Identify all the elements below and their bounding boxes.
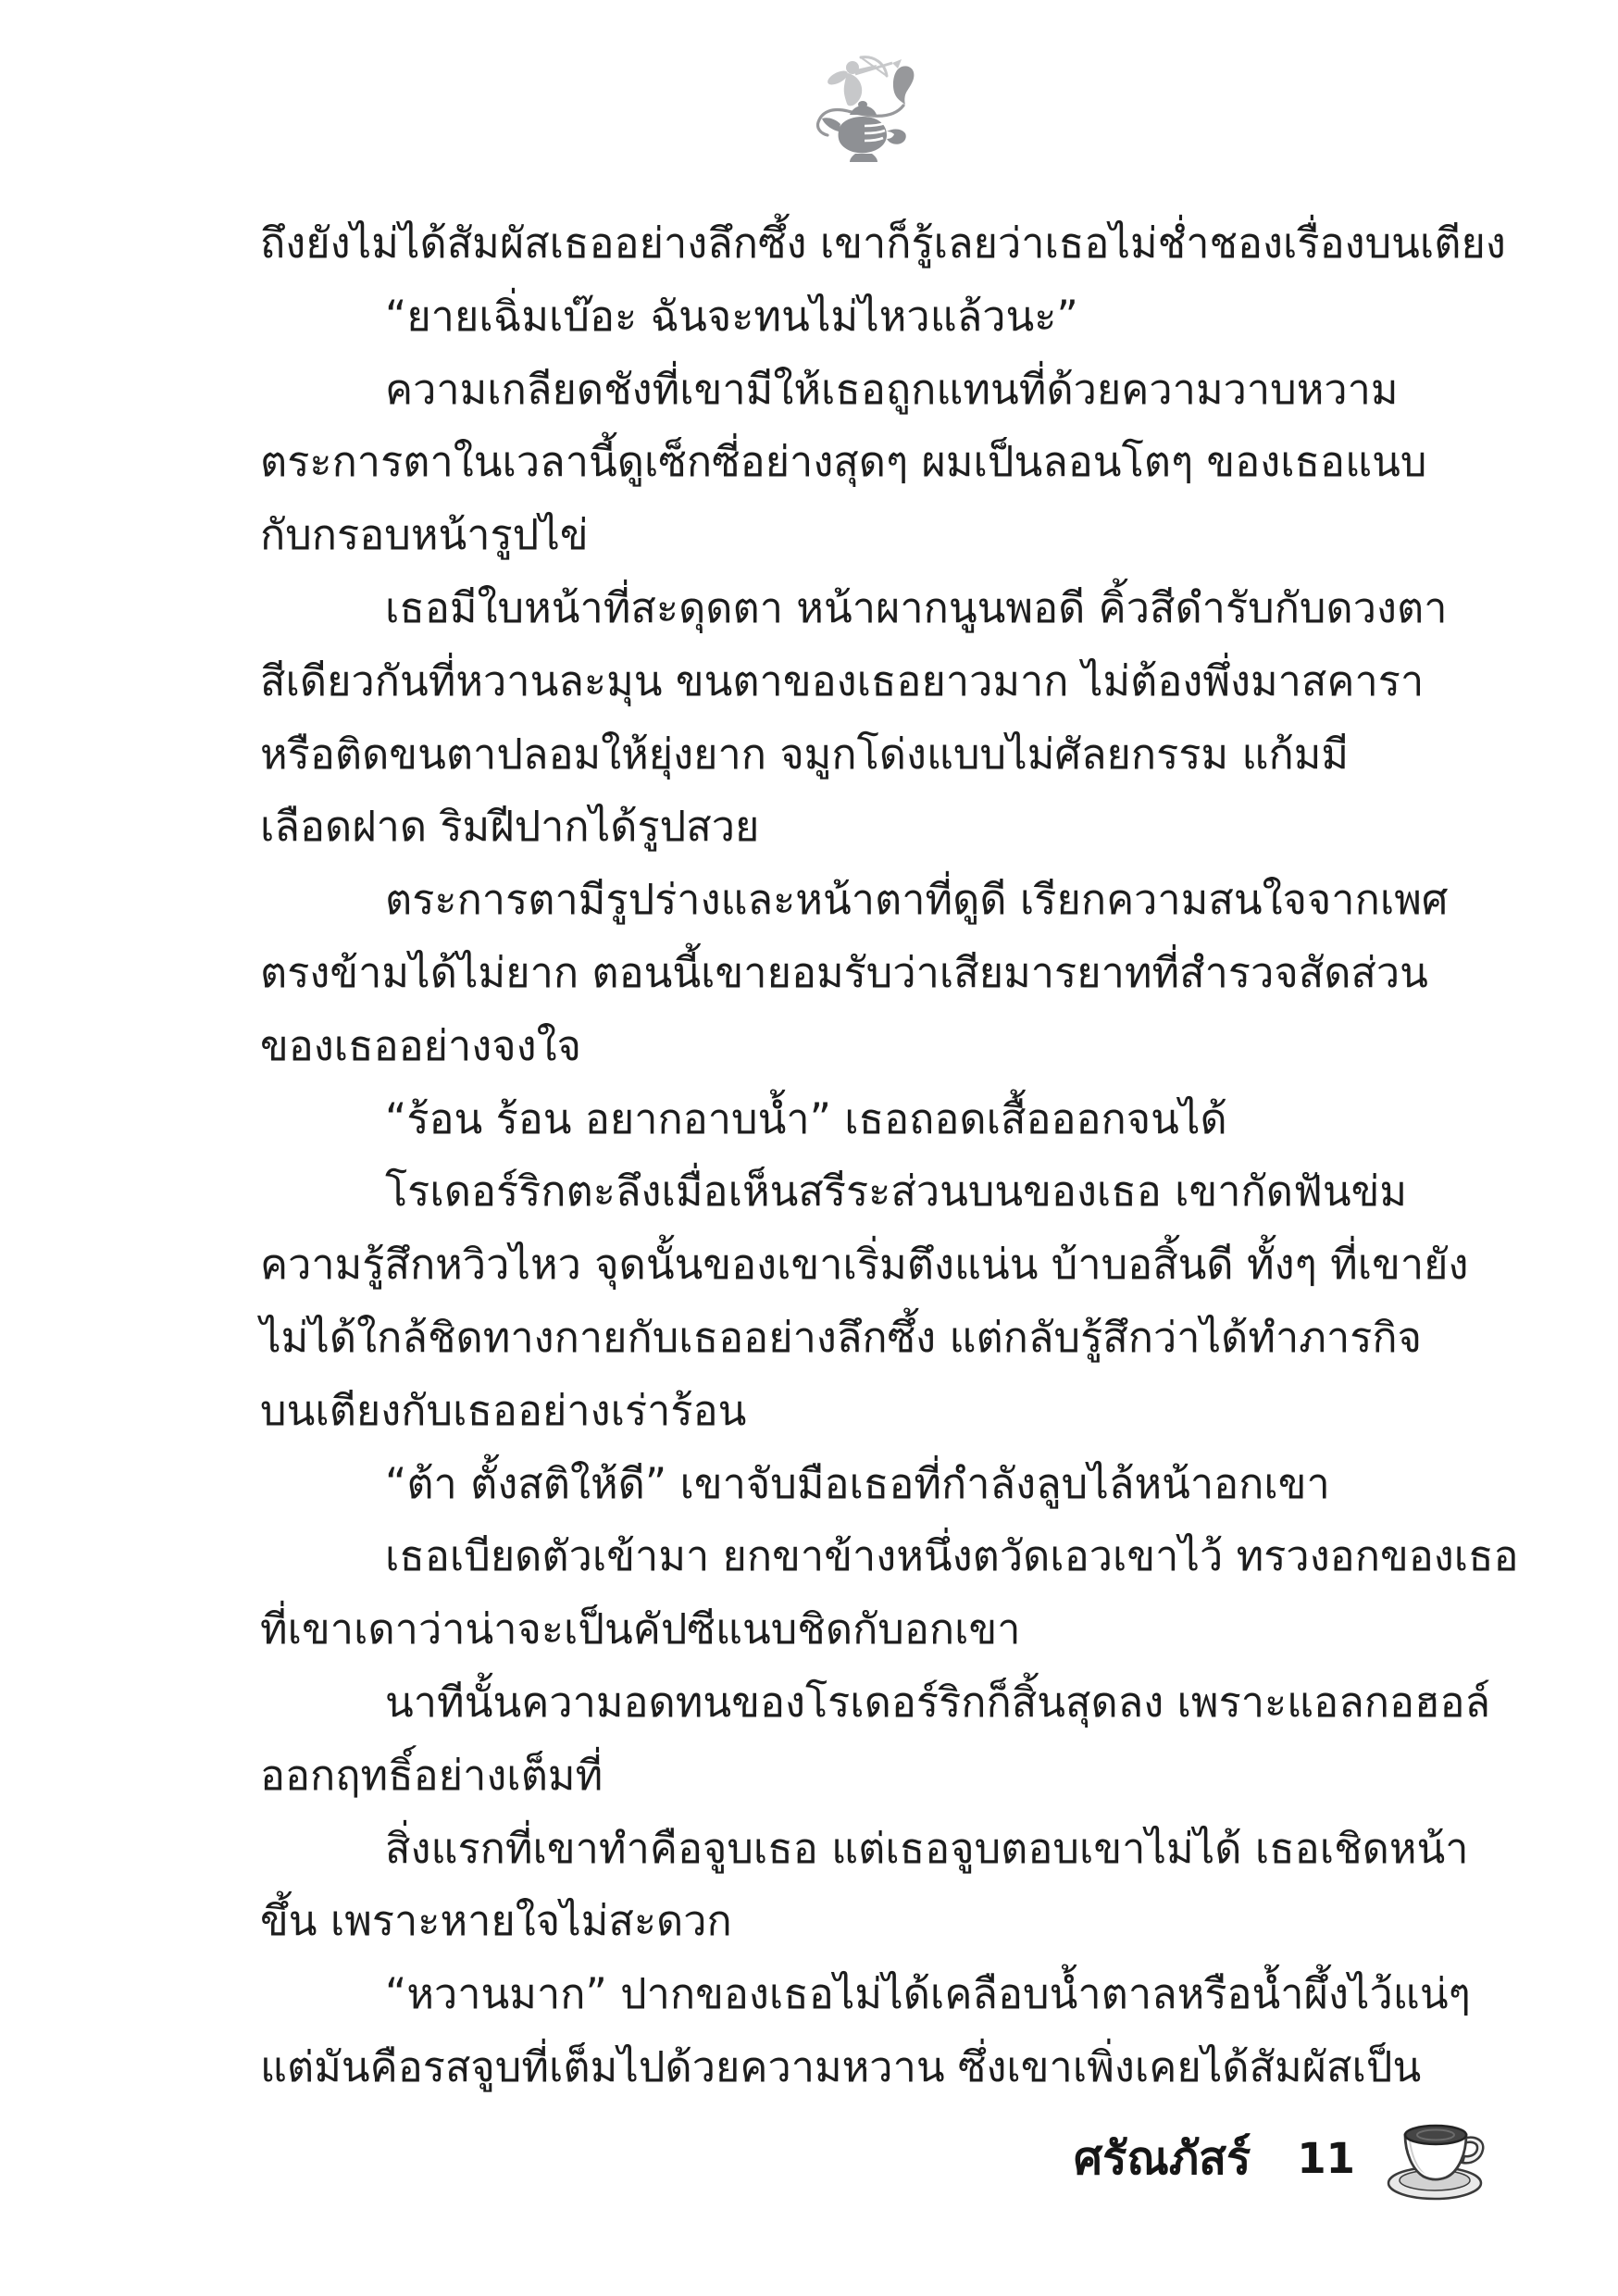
text-line: นาทีนั้นความอดทนของโรเดอร์ริกก็สิ้นสุดลง… [260,1666,1448,1740]
text-line: เธอเบียดตัวเข้ามา ยกขาข้างหนึ่งตวัดเอวเข… [260,1520,1448,1593]
text-line: แต่มันคือรสจูบที่เต็มไปด้วยความหวาน ซึ่ง… [260,2031,1448,2104]
text-line: ไม่ได้ใกล้ชิดทางกายกับเธออย่างลึกซึ้ง แต… [260,1302,1448,1375]
text-line: สิ่งแรกที่เขาทำคือจูบเธอ แต่เธอจูบตอบเขา… [260,1813,1448,1886]
text-line: เลือดฝาด ริมฝีปากได้รูปสวย [260,791,1448,864]
text-line: ออกฤทธิ์อย่างเต็มที่ [260,1740,1448,1813]
text-line: ความเกลียดชังที่เขามีให้เธอถูกแทนที่ด้วย… [260,354,1448,427]
text-line: โรเดอร์ริกตะลึงเมื่อเห็นสรีระส่วนบนของเธ… [260,1155,1448,1229]
text-line: “ต้า ตั้งสติให้ดี” เขาจับมือเธอที่กำลังล… [260,1448,1448,1521]
book-page: ถึงยังไม่ได้สัมผัสเธออย่างลึกซึ้ง เขาก็ร… [0,0,1618,2296]
text-line: ที่เขาเดาว่าน่าจะเป็นคัปซีแนบชิดกับอกเขา [260,1593,1448,1666]
text-line: ของเธออย่างจงใจ [260,1010,1448,1083]
text-line: “ยายเฉิ่มเบ๊อะ ฉันจะทนไม่ไหวแล้วนะ” [260,281,1448,354]
cupid-genie-lamp-icon [807,54,918,168]
text-line: ตระการตามีรูปร่างและหน้าตาที่ดูดี เรียกค… [260,864,1448,937]
text-line: บนเตียงกับเธออย่างเร่าร้อน [260,1375,1448,1448]
author-name: ศรัณภัสร์ [1074,2122,1251,2194]
text-line: ขึ้น เพราะหายใจไม่สะดวก [260,1885,1448,1958]
text-line: “หวานมาก” ปากของเธอไม่ได้เคลือบน้ำตาลหรื… [260,1958,1448,2031]
page-number: 11 [1297,2134,1355,2183]
text-line: เธอมีใบหน้าที่สะดุดตา หน้าผากนูนพอดี คิ้… [260,572,1448,645]
text-line: ถึงยังไม่ได้สัมผัสเธออย่างลึกซึ้ง เขาก็ร… [260,207,1448,281]
body-text: ถึงยังไม่ได้สัมผัสเธออย่างลึกซึ้ง เขาก็ร… [260,207,1448,2104]
text-line: ตระการตาในเวลานี้ดูเซ็กซี่อย่างสุดๆ ผมเป… [260,426,1448,499]
text-line: “ร้อน ร้อน อยากอาบน้ำ” เธอถอดเสื้อออกจนไ… [260,1083,1448,1156]
coffee-cup-icon [1377,2113,1496,2203]
text-line: กับกรอบหน้ารูปไข่ [260,499,1448,572]
text-line: ตรงข้ามได้ไม่ยาก ตอนนี้เขายอมรับว่าเสียม… [260,937,1448,1010]
ornament-svg [807,54,918,168]
text-line: ความรู้สึกหวิวไหว จุดนั้นของเขาเริ่มตึงแ… [260,1229,1448,1302]
text-line: หรือติดขนตาปลอมให้ยุ่งยาก จมูกโด่งแบบไม่… [260,718,1448,792]
text-line: สีเดียวกันที่หวานละมุน ขนตาของเธอยาวมาก … [260,645,1448,718]
page-footer: ศรัณภัสร์ 11 [1074,2113,1496,2203]
